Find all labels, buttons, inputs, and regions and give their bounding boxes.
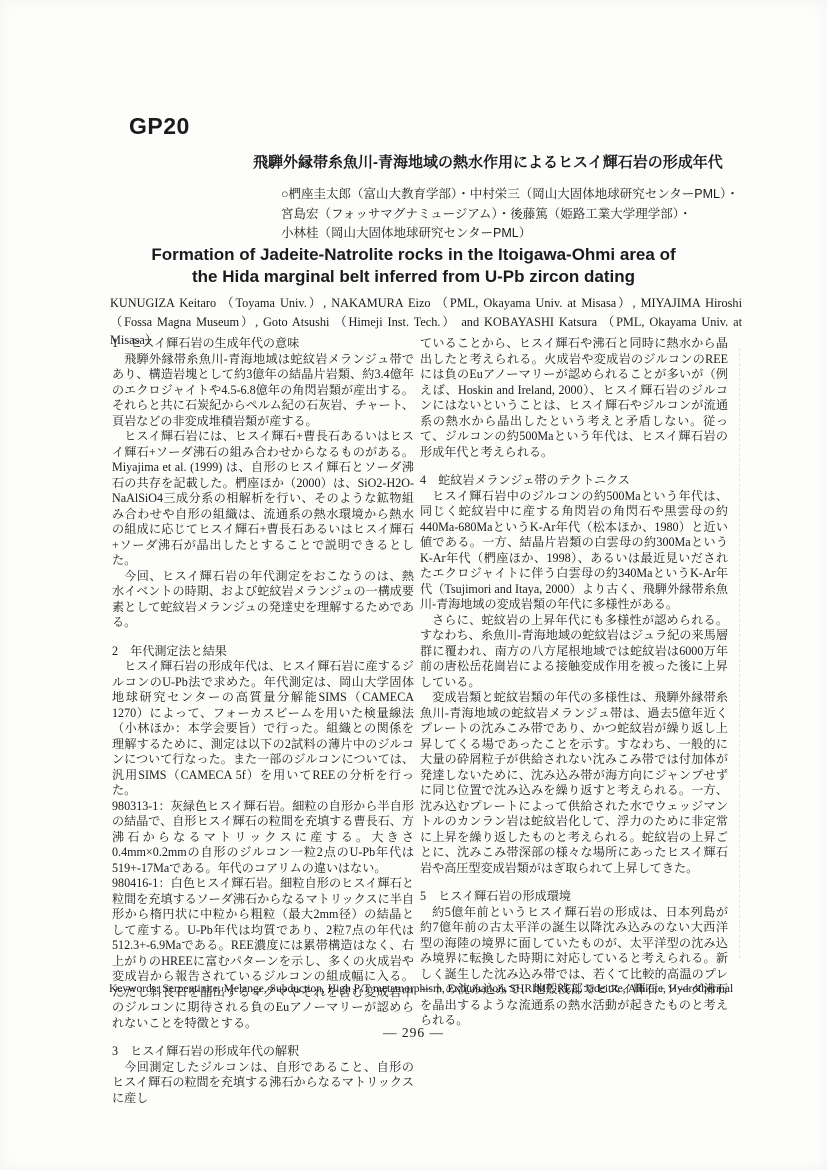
paragraph: 今回測定したジルコンは、自形であること、自形のヒスイ輝石の粒間を充填する沸石から… xyxy=(112,1060,414,1107)
keywords-line: Keywords: Serpentinite, Melange, Subduct… xyxy=(109,983,749,995)
paragraph: ていることから、ヒスイ輝石や沸石と同時に熱水から晶出したと考えられる。火成岩や変… xyxy=(420,336,728,460)
paragraph: さらに、蛇紋岩の上昇年代にも多様性が認められる。すなわち、糸魚川-青海地域の蛇紋… xyxy=(420,613,728,691)
section-heading: 1 ヒスイ輝石岩の生成年代の意味 xyxy=(112,336,414,352)
paragraph-gap xyxy=(420,876,728,889)
title-english-line: the Hida marginal belt inferred from U-P… xyxy=(0,266,827,288)
paragraph: ヒスイ輝石岩の形成年代は、ヒスイ輝石岩に産するジルコンのU-Pb法で求めた。年代… xyxy=(112,659,414,799)
title-english-line: Formation of Jadeite-Natrolite rocks in … xyxy=(0,244,827,266)
section-heading: 4 蛇紋岩メランジェ帯のテクトニクス xyxy=(420,473,728,489)
paragraph-gap xyxy=(112,631,414,644)
scanned-abstract-page: GP20 飛騨外縁帯糸魚川-青海地域の熱水作用によるヒスイ輝石岩の形成年代 ○椚… xyxy=(0,0,827,1170)
paragraph: 変成岩類と蛇紋岩類の年代の多様性は、飛騨外縁帯糸魚川-青海地域の蛇紋岩メランジュ… xyxy=(420,690,728,876)
paragraph: 980416-1：白色ヒスイ輝石岩。細粒自形のヒスイ輝石と粒間を充填するソーダ沸… xyxy=(112,876,414,1031)
paragraph: 飛騨外縁帯糸魚川-青海地域は蛇紋岩メランジュ帯であり、構造岩塊として約3億年の結… xyxy=(112,352,414,430)
title-english: Formation of Jadeite-Natrolite rocks in … xyxy=(0,244,827,287)
paragraph: 約5億年前というヒスイ輝石岩の形成は、日本列島が約7億年前の古太平洋の誕生以降沈… xyxy=(420,905,728,1029)
authors-japanese: ○椚座圭太郎（富山大教育学部）・中村栄三（岡山大固体地球研究センターPML）・ … xyxy=(281,185,751,244)
right-column: ていることから、ヒスイ輝石や沸石と同時に熱水から晶出したと考えられる。火成岩や変… xyxy=(420,336,728,1029)
paragraph-gap xyxy=(420,460,728,473)
paragraph: ヒスイ輝石岩中のジルコンの約500Maという年代は、同じく蛇紋岩中に産する角閃岩… xyxy=(420,489,728,613)
scan-artifact-marks xyxy=(739,348,740,958)
title-japanese: 飛騨外縁帯糸魚川-青海地域の熱水作用によるヒスイ輝石岩の形成年代 xyxy=(253,153,753,173)
authors-japanese-line: 小林桂（岡山大固体地球研究センターPML） xyxy=(281,224,751,244)
authors-japanese-line: ○椚座圭太郎（富山大教育学部）・中村栄三（岡山大固体地球研究センターPML）・ xyxy=(281,185,751,205)
section-heading: 5 ヒスイ輝石岩の形成環境 xyxy=(420,889,728,905)
section-heading: 3 ヒスイ輝石岩の形成年代の解釈 xyxy=(112,1044,414,1060)
authors-japanese-line: 宮島宏（フォッサマグナミュージアム）・後藤篤（姫路工業大学理学部）・ xyxy=(281,205,751,225)
paragraph: 980313-1：灰緑色ヒスイ輝石岩。細粒の自形から半自形の結晶で、自形ヒスイ輝… xyxy=(112,799,414,877)
paragraph: 今回、ヒスイ輝石岩の年代測定をおこなうのは、熱水イベントの時期、および蛇紋岩メラ… xyxy=(112,569,414,631)
page-number: — 296 — xyxy=(0,1025,827,1041)
session-code: GP20 xyxy=(129,113,190,140)
paragraph: ヒスイ輝石岩には、ヒスイ輝石+曹長石あるいはヒスイ輝石+ソーダ沸石の組み合わせか… xyxy=(112,429,414,569)
section-heading: 2 年代測定法と結果 xyxy=(112,644,414,660)
